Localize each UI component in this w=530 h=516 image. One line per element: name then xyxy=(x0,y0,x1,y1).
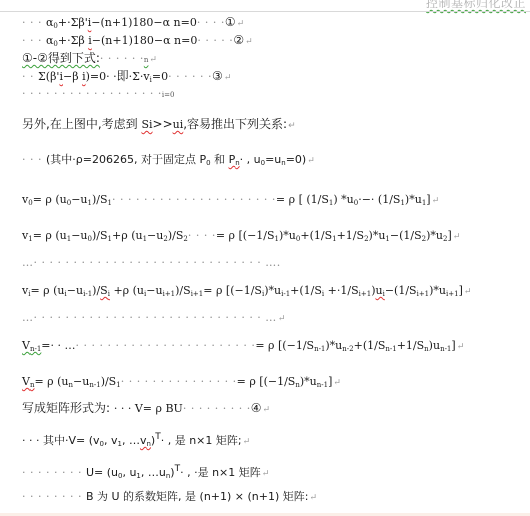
filler-dots: · · · · xyxy=(197,16,225,29)
matrix-form-line: 写成矩阵形式为: · · · V= ρ BU· · · · · · · · ·④… xyxy=(22,401,270,417)
leading-dots: · · xyxy=(22,70,38,83)
equation-3-text: Σ(β'i−β i)=0· ·即·Σ·vi=0 xyxy=(38,70,168,83)
note-line: · · · (其中·ρ=206265, 对于固定点 P0 和 Pn· , u0=… xyxy=(22,153,315,170)
v-definition-text: · · · 其中·V= (v0, v1, …vn)T· , 是 n×1 矩阵; xyxy=(22,434,242,447)
relation-vi-lhs: vi= ρ (ui−ui-1)/Si +ρ (ui−ui+1)/Si+1 xyxy=(22,284,203,297)
paragraph-mark-icon: ↵ xyxy=(453,232,461,242)
filler-dots: · · · · · · · · · · · · · · · · · · · · … xyxy=(75,339,255,352)
filler-dots: · · · · · · · · · xyxy=(183,402,251,415)
filler-dots: · · · · · · · · · · · · · · · · · · · · … xyxy=(112,193,276,206)
leading-dots: · · · xyxy=(22,34,46,47)
leading-dots: · · · xyxy=(22,16,46,29)
paragraph-mark-icon: ↵ xyxy=(149,55,157,65)
paragraph-mark-icon: ↵ xyxy=(432,196,440,206)
paragraph-mark-icon: ↵ xyxy=(263,405,271,415)
paragraph-mark-icon: ↵ xyxy=(237,19,245,29)
filler-dots: · · · · · · · · · · · · · · · · · · xyxy=(22,87,162,100)
b-definition-text: B 为 U 的系数矩阵, 是 (n+1) × (n+1) 矩阵: xyxy=(86,490,309,503)
paragraph-mark-icon: ↵ xyxy=(309,493,317,503)
filler-dots: · · · · xyxy=(188,229,216,242)
equation-2: · · · α0+·Σβ i−(n+1)180−α n=0· · · · ·②↵ xyxy=(22,33,253,51)
intro-ui: ui xyxy=(173,118,184,131)
filler-dots: · · · · · · xyxy=(168,70,212,83)
equation-1: · · · α0+·Σβ'i−(n+1)180−α n=0· · · ·①↵ xyxy=(22,15,244,33)
relation-v1-rhs: = ρ [(−1/S1)*u0+(1/S1+1/S2)*u1−(1/S2)*u2… xyxy=(216,229,452,242)
equation-number-4: ④ xyxy=(251,401,262,415)
intro-si: Si xyxy=(141,118,152,131)
equation-number-3: ③ xyxy=(212,69,223,83)
v-definition: · · · 其中·V= (v0, v1, …vn)T· , 是 n×1 矩阵;↵ xyxy=(22,430,250,451)
equation-3: · · Σ(β'i−β i)=0· ·即·Σ·vi=0· · · · · ·③↵ xyxy=(22,69,231,87)
ellipsis-line-2: …· · · · · · · · · · · · · · · · · · · ·… xyxy=(22,311,286,326)
derive-line: ①-②得到下式:· · · · · ·n↵ xyxy=(22,51,157,67)
intro-text-after: ,容易推出下列关系: xyxy=(183,117,287,131)
paragraph-mark-icon: ↵ xyxy=(245,37,253,47)
relation-vi: vi= ρ (ui−ui-1)/Si +ρ (ui−ui+1)/Si+1= ρ … xyxy=(22,284,471,301)
paragraph-mark-icon: ↵ xyxy=(457,342,465,352)
leading-dots: · · · xyxy=(22,153,46,166)
equation-2-text: α0+·Σβ i−(n+1)180−α n=0 xyxy=(46,34,197,47)
b-definition: · · · · · · · · B 为 U 的系数矩阵, 是 (n+1) × (… xyxy=(22,490,317,505)
relation-vn: Vn= ρ (un−un-1)/S1· · · · · · · · · · · … xyxy=(22,375,341,392)
ellipsis-text: …· · · · · · · · · · · · · · · · · · · ·… xyxy=(22,311,277,324)
paragraph-mark-icon: ↵ xyxy=(224,73,232,83)
filler-dots: · · · · · xyxy=(197,34,233,47)
intro-text-before: 另外,在上图中,考虑到 xyxy=(22,117,141,131)
paragraph-mark-icon: ↵ xyxy=(307,156,315,166)
relation-vi-rhs: = ρ [(−1/Si)*ui-1+(1/Si +·1/Si+1)ui−(1/S… xyxy=(203,284,463,297)
relation-v0-rhs: = ρ [ (1/S1) *u0·−· (1/S1)*u1] xyxy=(276,193,431,206)
paragraph-mark-icon: ↵ xyxy=(278,314,286,324)
filler-dots: · · · · · · xyxy=(100,52,144,65)
relation-v1-lhs: v1= ρ (u1−u0)/S1+ρ (u1−u2)/S2 xyxy=(22,229,188,242)
relation-v0-lhs: v0= ρ (u0−u1)/S1 xyxy=(22,193,112,206)
derive-label: ①-②得到下式: xyxy=(22,51,100,65)
leading-dots: · · · · · · · · xyxy=(22,490,86,503)
sum-lower-limit-line: · · · · · · · · · · · · · · · · · ·i=0 xyxy=(22,87,174,102)
sum-upper-limit: n xyxy=(144,56,149,64)
paragraph-mark-icon: ↵ xyxy=(262,469,270,479)
relation-vn-1: Vn-1=· · …· · · · · · · · · · · · · · · … xyxy=(22,339,464,356)
header-title: 控制基标归化改正 xyxy=(426,0,526,11)
u-definition-text: · · · · · · · · U= (u0, u1, …un)T· , ·是 … xyxy=(22,466,261,479)
header-divider xyxy=(0,11,530,12)
equation-number-1: ① xyxy=(225,15,236,29)
sum-lower-limit: i=0 xyxy=(162,91,175,99)
paragraph-mark-icon: ↵ xyxy=(464,287,472,297)
relation-v0: v0= ρ (u0−u1)/S1· · · · · · · · · · · · … xyxy=(22,193,439,210)
matrix-form-equation: · · · V= ρ BU xyxy=(114,402,183,415)
relation-vn-1-lhs: Vn-1=· · … xyxy=(22,339,75,352)
equation-number-2: ② xyxy=(233,33,244,47)
relation-vn-rhs: = ρ [(−1/Sn)*un-1] xyxy=(237,375,333,388)
intro-paragraph: 另外,在上图中,考虑到 Si>>ui,容易推出下列关系:↵ xyxy=(22,117,296,133)
ellipsis-line-1: …· · · · · · · · · · · · · · · · · · · ·… xyxy=(22,256,281,270)
relation-vn-1-rhs: = ρ [(−1/Sn-1)*un-2+(1/Sn-1+1/Sn)un-1] xyxy=(255,339,455,352)
intro-gg: >> xyxy=(153,117,173,131)
paragraph-mark-icon: ↵ xyxy=(243,437,251,447)
paragraph-mark-icon: ↵ xyxy=(333,378,341,388)
relation-vn-lhs: Vn= ρ (un−un-1)/S1 xyxy=(22,375,121,388)
paragraph-mark-icon: ↵ xyxy=(288,121,296,131)
note-text: (其中·ρ=206265, 对于固定点 P0 和 Pn· , u0=un=0) xyxy=(46,153,306,166)
equation-1-text: α0+·Σβ'i−(n+1)180−α n=0 xyxy=(46,16,197,29)
u-definition: · · · · · · · · U= (u0, u1, …un)T· , ·是 … xyxy=(22,462,269,483)
relation-v1: v1= ρ (u1−u0)/S1+ρ (u1−u2)/S2· · · ·= ρ … xyxy=(22,229,460,246)
matrix-form-label: 写成矩阵形式为: xyxy=(22,401,114,415)
filler-dots: · · · · · · · · · · · · · · · xyxy=(121,375,237,388)
